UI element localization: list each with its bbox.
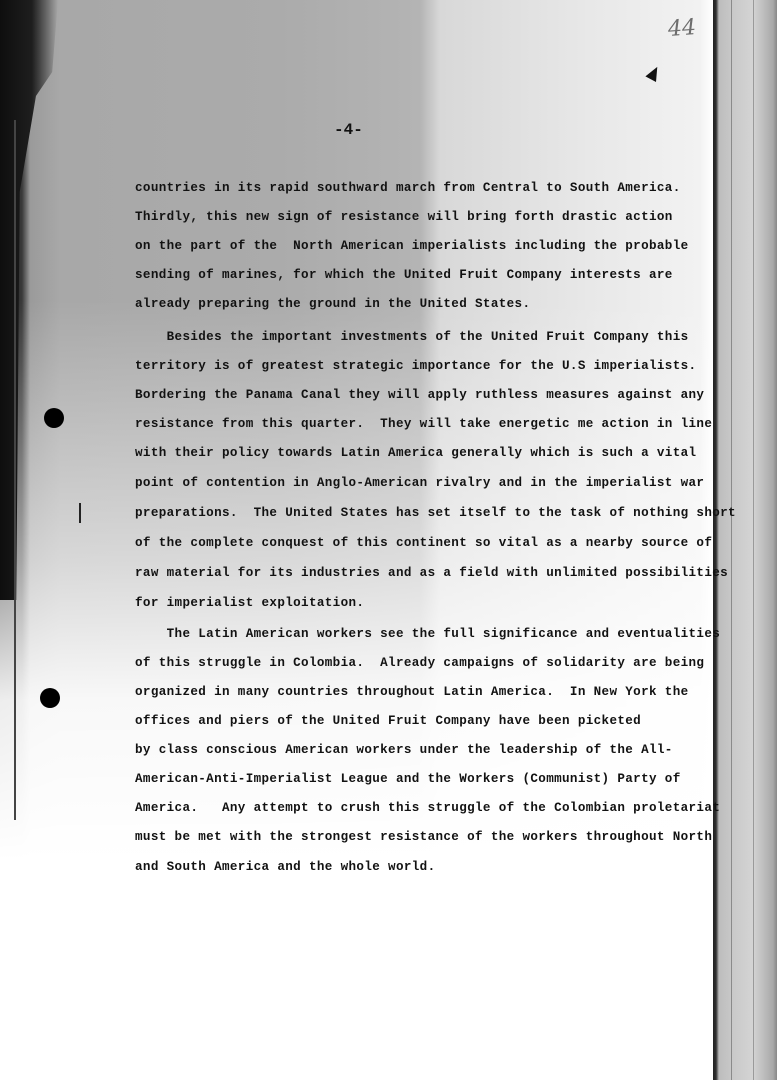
text-line: point of contention in Anglo-American ri… bbox=[135, 475, 704, 491]
text-line: of this struggle in Colombia. Already ca… bbox=[135, 655, 704, 671]
text-line: territory is of greatest strategic impor… bbox=[135, 358, 696, 374]
text-line: on the part of the North American imperi… bbox=[135, 238, 689, 254]
text-line: preparations. The United States has set … bbox=[135, 505, 736, 521]
text-line: for imperialist exploitation. bbox=[135, 595, 364, 611]
margin-tick-mark bbox=[79, 503, 81, 523]
text-line: organized in many countries throughout L… bbox=[135, 684, 689, 700]
text-line: sending of marines, for which the United… bbox=[135, 267, 673, 283]
text-line: raw material for its industries and as a… bbox=[135, 565, 728, 581]
text-line: countries in its rapid southward march f… bbox=[135, 180, 681, 196]
folio-number: 44 bbox=[667, 15, 697, 42]
text-line: Besides the important investments of the… bbox=[135, 329, 689, 345]
text-line: Thirdly, this new sign of resistance wil… bbox=[135, 209, 673, 225]
text-line: American-Anti-Imperialist League and the… bbox=[135, 771, 681, 787]
text-line: already preparing the ground in the Unit… bbox=[135, 296, 530, 312]
text-line: with their policy towards Latin America … bbox=[135, 445, 696, 461]
text-line: offices and piers of the United Fruit Co… bbox=[135, 713, 641, 729]
text-line: of the complete conquest of this contine… bbox=[135, 535, 712, 551]
text-line: by class conscious American workers unde… bbox=[135, 742, 673, 758]
text-line: Bordering the Panama Canal they will app… bbox=[135, 387, 704, 403]
punch-hole-icon bbox=[40, 688, 60, 708]
text-line: The Latin American workers see the full … bbox=[135, 626, 720, 642]
text-line: must be met with the strongest resistanc… bbox=[135, 829, 712, 845]
text-line: America. Any attempt to crush this strug… bbox=[135, 800, 720, 816]
left-page-edge bbox=[14, 120, 16, 820]
punch-hole-icon bbox=[44, 408, 64, 428]
text-line: and South America and the whole world. bbox=[135, 859, 435, 875]
text-line: resistance from this quarter. They will … bbox=[135, 416, 712, 432]
page-number: -4- bbox=[334, 121, 363, 139]
right-page-edge-strip bbox=[713, 0, 777, 1080]
